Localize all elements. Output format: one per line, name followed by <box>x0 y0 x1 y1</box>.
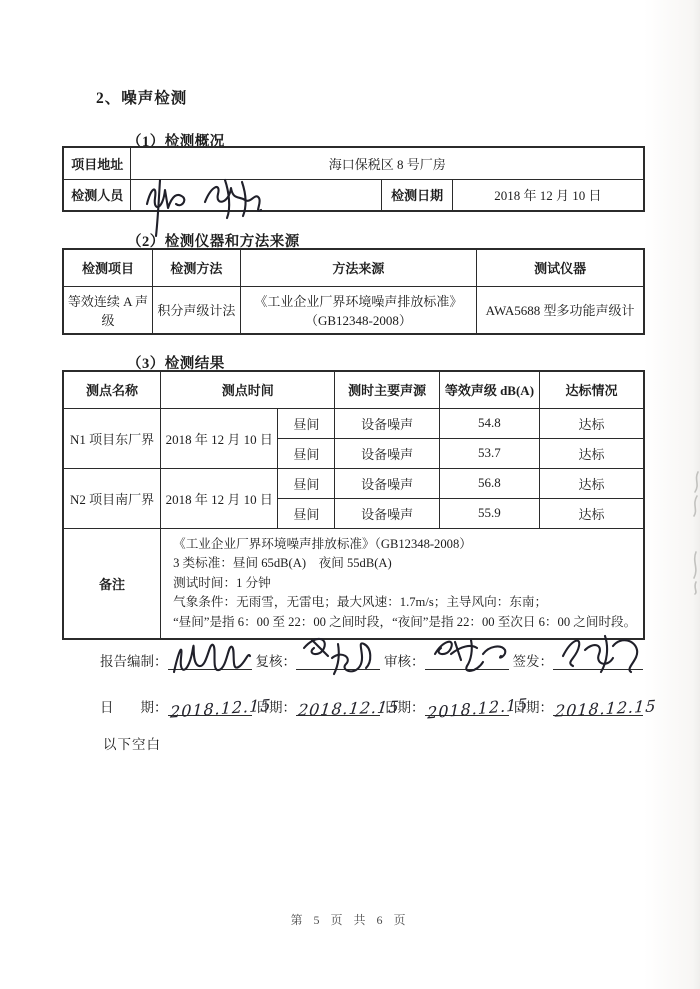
handwritten-date: 2018.12.15 <box>169 695 271 721</box>
margin-pen-mark-icon <box>686 468 700 520</box>
scanned-report-page: 2、噪声检测 （1）检测概况 项目地址 海口保税区 8 号厂房 检测人员 检测日… <box>0 0 700 989</box>
source-value: 《工业企业厂界环境噪声排放标准》 （GB12348-2008） <box>240 286 476 334</box>
issue-signature <box>553 650 643 670</box>
col-header-noise-source: 测时主要声源 <box>335 371 440 408</box>
noise-source: 设备噪声 <box>335 498 440 528</box>
level-value: 54.8 <box>439 408 539 438</box>
col-header-level: 等效声级 dB(A) <box>439 371 539 408</box>
period: 昼间 <box>278 438 335 468</box>
col-header-point: 测点名称 <box>63 371 161 408</box>
method-value: 积分声级计法 <box>152 286 240 334</box>
point-name: N2 项目南厂界 <box>63 468 161 528</box>
col-header-status: 达标情况 <box>539 371 644 408</box>
remark-label: 备注 <box>63 528 161 639</box>
item-value: 等效连续 A 声级 <box>63 286 152 334</box>
page-number-footer: 第 5 页 共 6 页 <box>0 911 700 928</box>
remark-line: 3 类标准：昼间 65dB(A) 夜间 55dB(A) <box>173 554 633 574</box>
period: 昼间 <box>278 468 335 498</box>
table-header-row: 检测项目 检测方法 方法来源 测试仪器 <box>63 249 644 286</box>
personnel-signatures-cell <box>131 179 382 211</box>
col-header-time: 测点时间 <box>161 371 335 408</box>
col-header-item: 检测项目 <box>63 249 152 286</box>
col-header-method: 检测方法 <box>152 249 240 286</box>
dates-line: 日 期： 2018.12.15 日期： 2018.12.15 日期： 2018.… <box>100 690 648 716</box>
signatures-line: 报告编制： 复核： 审核： <box>100 644 648 670</box>
audit-signature <box>425 650 509 670</box>
audit-date: 2018.12.15 <box>425 696 509 716</box>
instruments-table: 检测项目 检测方法 方法来源 测试仪器 等效连续 A 声级 积分声级计法 《工业… <box>62 248 645 335</box>
status-value: 达标 <box>539 408 644 438</box>
issue-label: 签发： <box>513 650 554 670</box>
handwritten-date: 2018.12.15 <box>427 695 528 723</box>
below-blank-note: 以下空白 <box>103 733 161 753</box>
overview-table: 项目地址 海口保税区 8 号厂房 检测人员 检测日期 2018 年 12 月 1… <box>62 146 645 212</box>
remark-row: 备注 《工业企业厂界环境噪声排放标准》（GB12348-2008） 3 类标准：… <box>63 528 644 639</box>
project-address-label: 项目地址 <box>63 147 131 179</box>
table-row: N2 项目南厂界 2018 年 12 月 10 日 昼间 设备噪声 56.8 达… <box>63 468 644 498</box>
remark-line: 《工业企业厂界环境噪声排放标准》（GB12348-2008） <box>173 535 633 555</box>
prepared-label: 报告编制： <box>100 650 168 670</box>
remark-line: 测试时间：1 分钟 <box>173 574 633 594</box>
handwritten-signature-icon <box>555 630 643 678</box>
level-value: 53.7 <box>439 438 539 468</box>
noise-source: 设备噪声 <box>335 468 440 498</box>
remark-line: 气象条件：无雨雪，无雷电；最大风速：1.7m/s；主导风向：东南； <box>173 593 633 613</box>
instrument-value: AWA5688 型多功能声级计 <box>477 286 644 334</box>
table-row: N1 项目东厂界 2018 年 12 月 10 日 昼间 设备噪声 54.8 达… <box>63 408 644 438</box>
audit-label: 审核： <box>384 650 425 670</box>
level-value: 56.8 <box>439 468 539 498</box>
noise-source: 设备噪声 <box>335 438 440 468</box>
inspection-date-value: 2018 年 12 月 10 日 <box>452 179 644 211</box>
status-value: 达标 <box>539 498 644 528</box>
prepared-signature <box>168 650 252 670</box>
period: 昼间 <box>278 498 335 528</box>
review-date: 2018.12.15 <box>296 696 380 716</box>
period: 昼间 <box>278 408 335 438</box>
source-line2: （GB12348-2008） <box>244 310 473 329</box>
table-row: 等效连续 A 声级 积分声级计法 《工业企业厂界环境噪声排放标准》 （GB123… <box>63 286 644 334</box>
table-header-row: 测点名称 测点时间 测时主要声源 等效声级 dB(A) 达标情况 <box>63 371 644 408</box>
issue-date: 2018.12.15 <box>553 696 643 716</box>
results-table: 测点名称 测点时间 测时主要声源 等效声级 dB(A) 达标情况 N1 项目东厂… <box>62 370 645 640</box>
source-line1: 《工业企业厂界环境噪声排放标准》 <box>244 291 473 310</box>
level-value: 55.9 <box>439 498 539 528</box>
review-signature <box>296 650 380 670</box>
handwritten-date: 2018.12.15 <box>554 696 657 720</box>
noise-source: 设备噪声 <box>335 408 440 438</box>
date-label-prepared: 日 期： <box>100 696 168 716</box>
personnel-label: 检测人员 <box>63 179 131 211</box>
signoff-block: 报告编制： 复核： 审核： <box>100 644 648 736</box>
prepared-date: 2018.12.15 <box>168 696 252 716</box>
point-name: N1 项目东厂界 <box>63 408 161 468</box>
point-date: 2018 年 12 月 10 日 <box>161 468 278 528</box>
status-value: 达标 <box>539 468 644 498</box>
status-value: 达标 <box>539 438 644 468</box>
handwritten-signature-icon <box>427 632 509 678</box>
handwritten-signature-icon <box>298 630 380 678</box>
margin-pen-mark-icon <box>686 548 700 596</box>
col-header-source: 方法来源 <box>240 249 476 286</box>
point-date: 2018 年 12 月 10 日 <box>161 408 278 468</box>
remark-content: 《工业企业厂界环境噪声排放标准》（GB12348-2008） 3 类标准：昼间 … <box>161 528 644 639</box>
inspection-date-label: 检测日期 <box>382 179 452 211</box>
section-title: 2、噪声检测 <box>96 86 187 108</box>
col-header-instrument: 测试仪器 <box>477 249 644 286</box>
handwritten-signature-icon <box>170 632 252 678</box>
review-label: 复核： <box>256 650 297 670</box>
handwritten-date: 2018.12.15 <box>297 697 401 720</box>
table-row: 检测人员 检测日期 2018 年 12 月 10 日 <box>63 179 644 211</box>
